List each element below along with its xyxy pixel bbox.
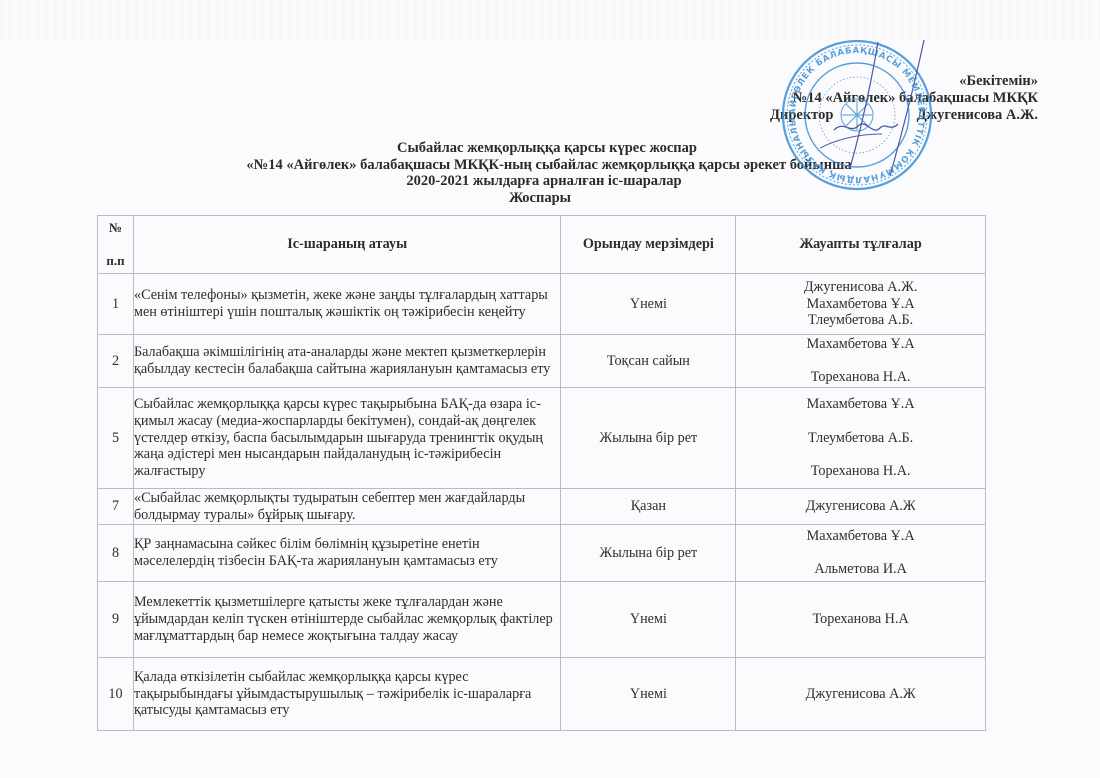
activity-name: ҚР заңнамасына сәйкес білім бөлімнің құз… <box>133 525 560 582</box>
responsible-persons: Тореханова Н.А <box>736 582 986 658</box>
responsible-persons: Джугенисова А.Ж <box>736 489 986 525</box>
responsible-persons: Джугенисова А.Ж <box>736 658 986 731</box>
responsible-person: Тлеумбетова А.Б. <box>736 430 985 447</box>
responsible-person: Тореханова Н.А <box>736 611 985 628</box>
title-line-4: Жоспары <box>0 190 1090 207</box>
responsible-person: Махамбетова Ұ.А <box>736 528 985 545</box>
document-title: Сыбайлас жемқорлыққа қарсы күрес жоспар … <box>0 140 1100 206</box>
table-row: 2Балабақша әкімшілігінің ата-аналарды жә… <box>98 335 986 388</box>
approval-label: «Бекітемін» <box>770 73 1038 90</box>
director-position: Директор <box>770 107 833 124</box>
deadline: Үнемі <box>561 274 736 335</box>
deadline: Жылына бір рет <box>561 525 736 582</box>
deadline: Жылына бір рет <box>561 388 736 489</box>
table-body: 1«Сенім телефоны» қызметін, жеке және за… <box>98 274 986 731</box>
deadline: Тоқсан сайын <box>561 335 736 388</box>
table-row: 8ҚР заңнамасына сәйкес білім бөлімнің құ… <box>98 525 986 582</box>
activity-name: «Сенім телефоны» қызметін, жеке және заң… <box>133 274 560 335</box>
table-row: 10Қалада өткізілетін сыбайлас жемқорлыққ… <box>98 658 986 731</box>
header-deadline: Орындау мерзімдері <box>561 216 736 274</box>
header-number-bottom: п.п <box>106 253 124 270</box>
header-number-top: № <box>109 220 122 237</box>
deadline: Үнемі <box>561 658 736 731</box>
director-line: Директор Джугенисова А.Ж. <box>770 107 1038 124</box>
header-number: № п.п <box>98 216 134 274</box>
table-row: 7«Сыбайлас жемқорлықты тудыратын себепте… <box>98 489 986 525</box>
table-row: 5Сыбайлас жемқорлыққа қарсы күрес тақыры… <box>98 388 986 489</box>
responsible-person: Тореханова Н.А. <box>736 463 985 480</box>
title-line-1: Сыбайлас жемқорлыққа қарсы күрес жоспар <box>0 140 1097 157</box>
responsible-persons: Махамбетова Ұ.АТлеумбетова А.Б.Тореханов… <box>736 388 986 489</box>
row-number: 8 <box>98 525 134 582</box>
responsible-person: Махамбетова Ұ.А <box>736 396 985 413</box>
responsible-person: Джугенисова А.Ж. <box>736 279 985 296</box>
responsible-person: Тореханова Н.А. <box>736 369 985 386</box>
deadline: Үнемі <box>561 582 736 658</box>
table-row: 9Мемлекеттік қызметшілерге қатысты жеке … <box>98 582 986 658</box>
deadline: Қазан <box>561 489 736 525</box>
activity-name: Сыбайлас жемқорлыққа қарсы күрес тақырыб… <box>133 388 560 489</box>
header-activity-name: Іс-шараның атауы <box>133 216 560 274</box>
title-line-2: «№14 «Айгөлек» балабақшасы МКҚК-ның сыба… <box>0 157 1099 174</box>
responsible-persons: Махамбетова Ұ.АТореханова Н.А. <box>736 335 986 388</box>
title-line-3: 2020-2021 жылдарға арналған іс-шаралар <box>0 173 1094 190</box>
responsible-person: Махамбетова Ұ.А <box>736 336 985 353</box>
plan-table: № п.п Іс-шараның атауы Орындау мерзімдер… <box>97 215 986 731</box>
responsible-persons: Махамбетова Ұ.ААльметова И.А <box>736 525 986 582</box>
table-row: 1«Сенім телефоны» қызметін, жеке және за… <box>98 274 986 335</box>
approval-block: «Бекітемін» №14 «Айгөлек» балабақшасы МК… <box>770 73 1038 124</box>
row-number: 1 <box>98 274 134 335</box>
row-number: 10 <box>98 658 134 731</box>
row-number: 9 <box>98 582 134 658</box>
row-number: 2 <box>98 335 134 388</box>
approval-organization: №14 «Айгөлек» балабақшасы МКҚК <box>770 90 1038 107</box>
responsible-person: Джугенисова А.Ж <box>736 686 985 703</box>
activity-name: Балабақша әкімшілігінің ата-аналарды жән… <box>133 335 560 388</box>
activity-name: Қалада өткізілетін сыбайлас жемқорлыққа … <box>133 658 560 731</box>
row-number: 5 <box>98 388 134 489</box>
responsible-person: Махамбетова Ұ.А <box>736 296 985 313</box>
activity-name: «Сыбайлас жемқорлықты тудыратын себептер… <box>133 489 560 525</box>
responsible-person: Тлеумбетова А.Б. <box>736 312 985 329</box>
responsible-persons: Джугенисова А.Ж.Махамбетова Ұ.АТлеумбето… <box>736 274 986 335</box>
responsible-person: Джугенисова А.Ж <box>736 498 985 515</box>
row-number: 7 <box>98 489 134 525</box>
header-responsible: Жауапты тұлғалар <box>736 216 986 274</box>
responsible-person: Альметова И.А <box>736 561 985 578</box>
table-header-row: № п.п Іс-шараның атауы Орындау мерзімдер… <box>98 216 986 274</box>
activity-name: Мемлекеттік қызметшілерге қатысты жеке т… <box>133 582 560 658</box>
scan-artifact <box>0 0 1100 40</box>
director-name: Джугенисова А.Ж. <box>917 107 1038 124</box>
